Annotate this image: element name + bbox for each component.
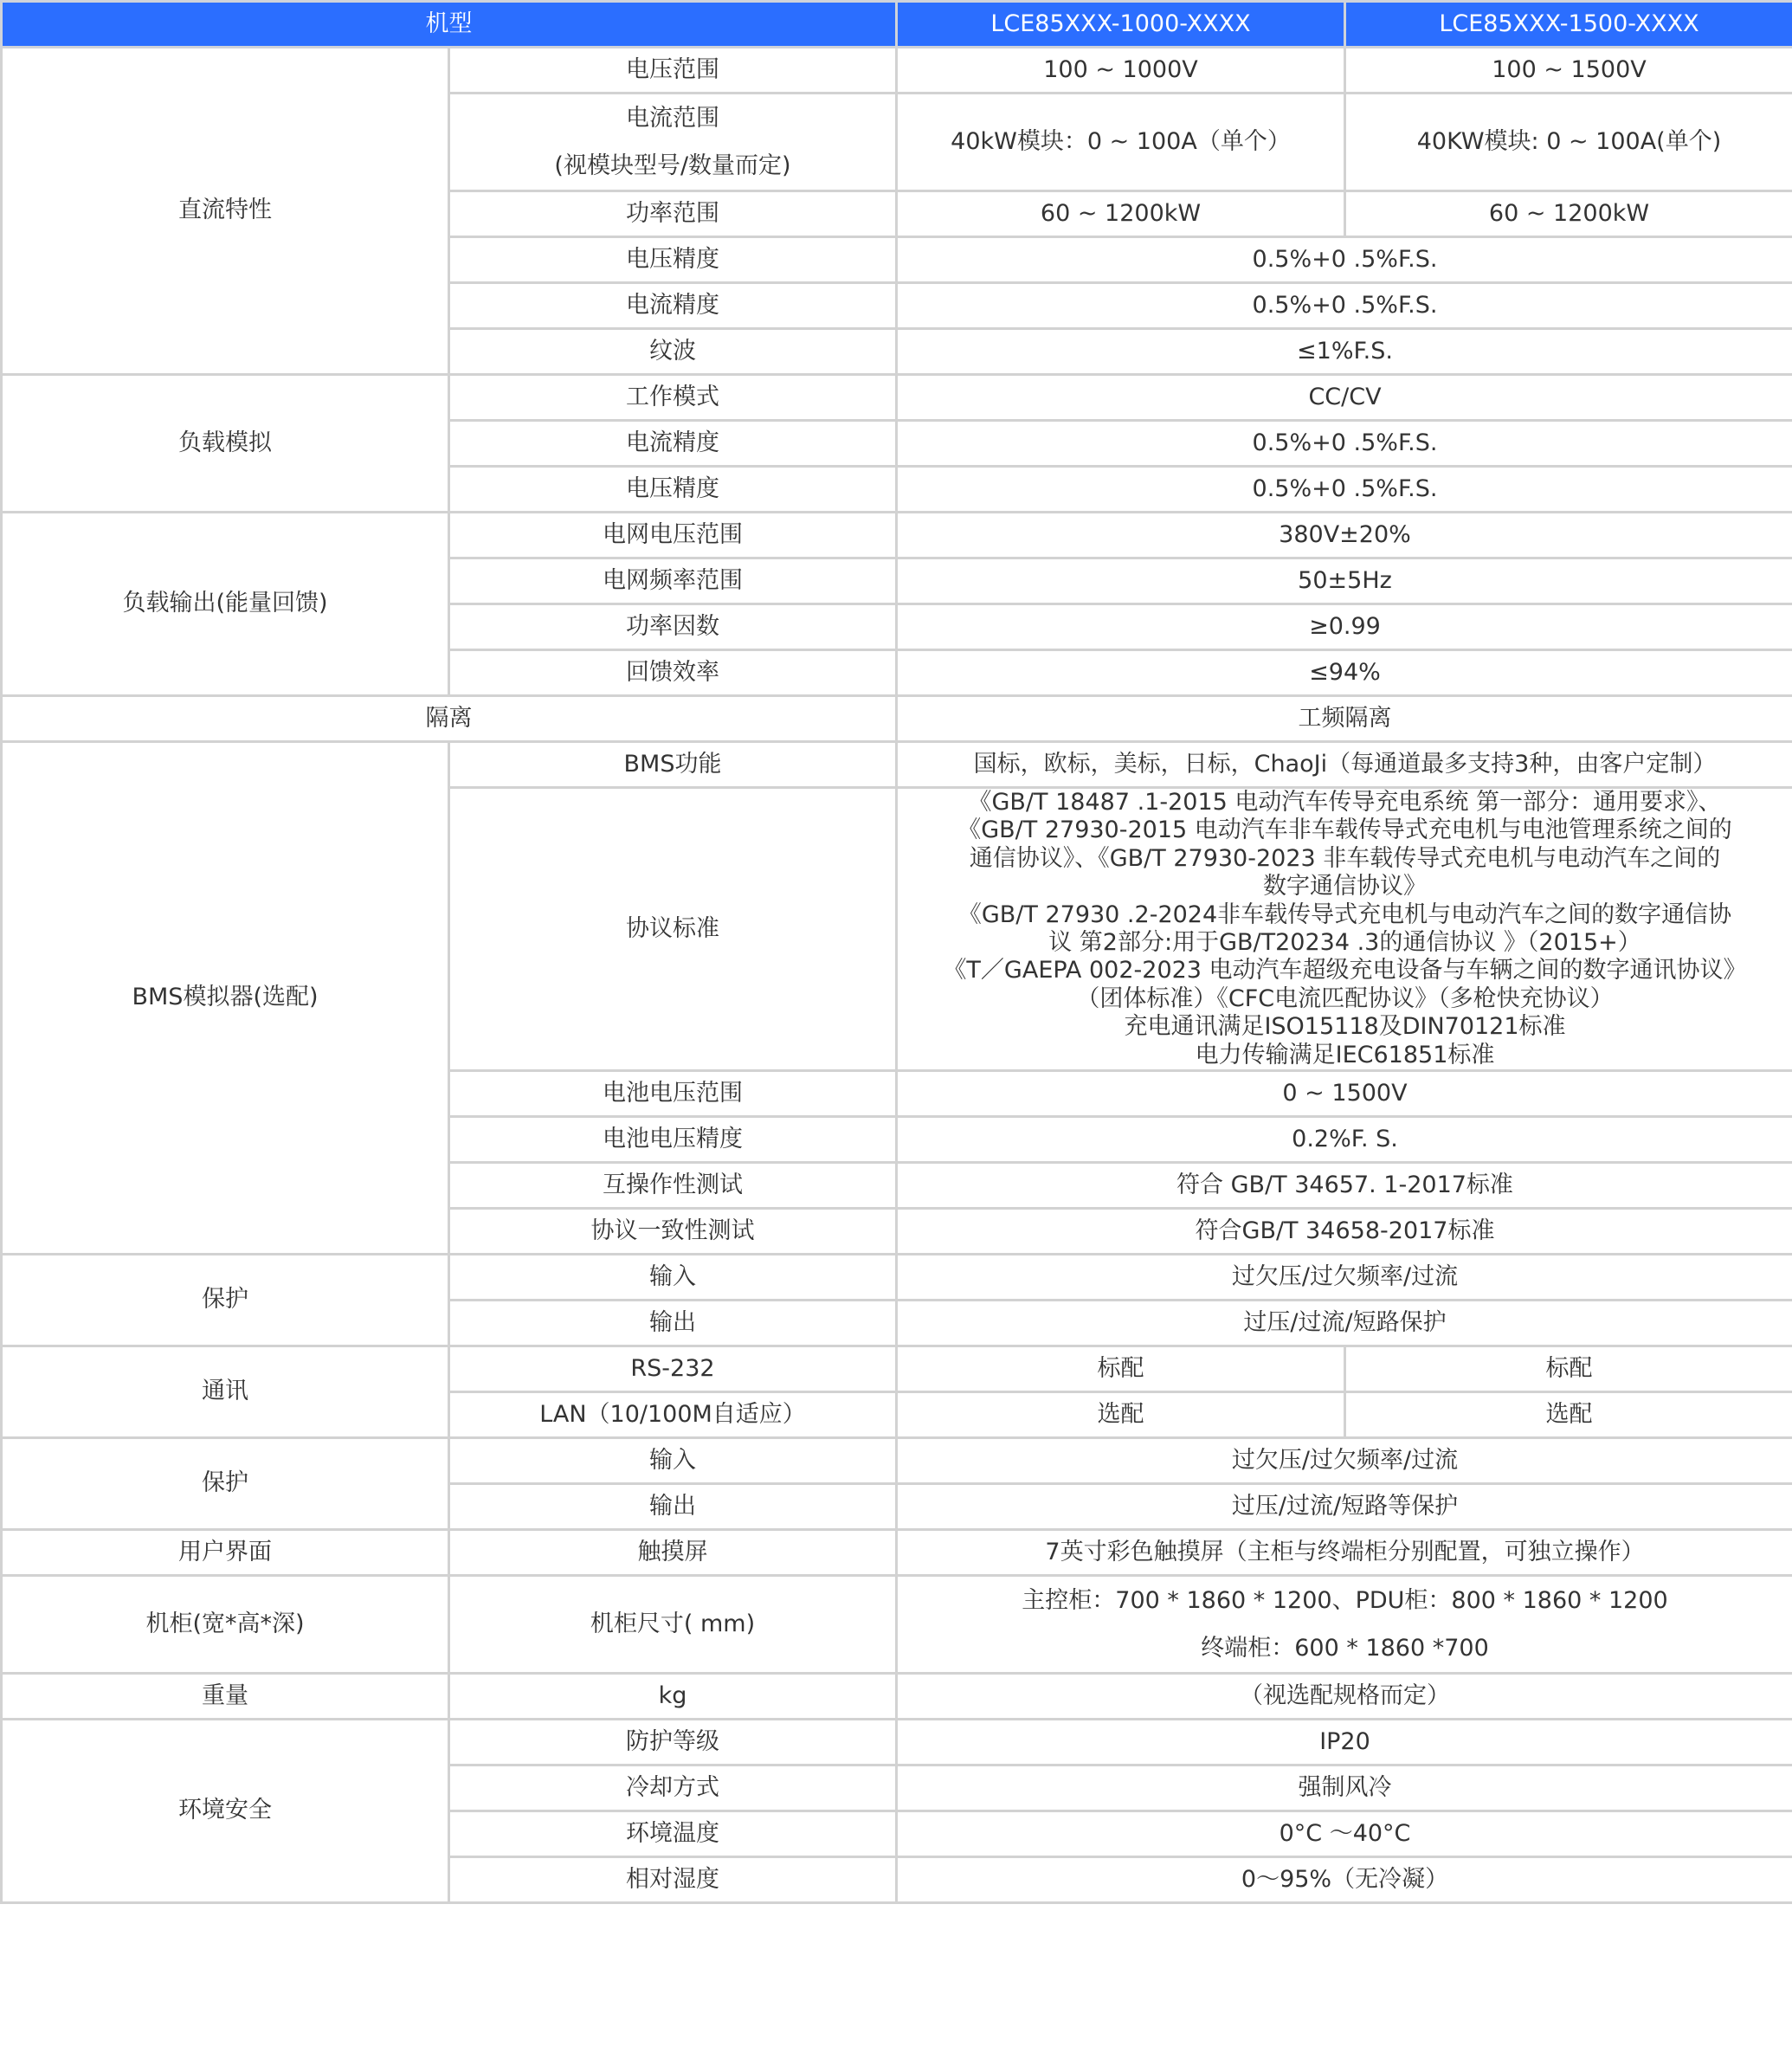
group-load-output: 负载输出(能量回馈) <box>2 513 449 696</box>
row-label: 互操作性测试 <box>449 1162 897 1208</box>
protocol-line: 《GB/T 27930 .2-2024非车载传导式充电机与电动汽车之间的数字通信… <box>905 901 1785 929</box>
row-value: 60 ~ 1200kW <box>897 191 1345 237</box>
row-label: 机柜尺寸( mm) <box>449 1575 897 1673</box>
row-label: 电网电压范围 <box>449 513 897 558</box>
row-value: 0°C ～40°C <box>897 1811 1792 1856</box>
protocol-line: 电力传输满足IEC61851标准 <box>905 1042 1785 1069</box>
row-label: 电池电压范围 <box>449 1070 897 1116</box>
protocol-line: 通信协议》、《GB/T 27930-2023 非车载传导式充电机与电动汽车之间的 <box>905 845 1785 873</box>
row-value: 0.5%+0 .5%F.S. <box>897 421 1792 467</box>
group-protection: 保护 <box>2 1254 449 1346</box>
group-weight: 重量 <box>2 1673 449 1719</box>
row-value: 100 ~ 1000V <box>897 48 1345 94</box>
row-label: 输入 <box>449 1437 897 1483</box>
group-protection: 保护 <box>2 1437 449 1529</box>
row-value: 0 ~ 1500V <box>897 1070 1792 1116</box>
row-value: 0～95%（无冷凝） <box>897 1856 1792 1902</box>
row-label: BMS功能 <box>449 742 897 788</box>
group-load-sim: 负载模拟 <box>2 375 449 513</box>
row-label: 输入 <box>449 1254 897 1300</box>
row-value: 过压/过流/短路等保护 <box>897 1483 1792 1529</box>
row-value: 100 ~ 1500V <box>1345 48 1792 94</box>
protocol-line: 《GB/T 27930-2015 电动汽车非车载传导式充电机与电池管理系统之间的 <box>905 817 1785 844</box>
row-label: 功率范围 <box>449 191 897 237</box>
row-value: 标配 <box>897 1346 1345 1391</box>
row-label: 协议标准 <box>449 788 897 1071</box>
row-value: 380V±20% <box>897 513 1792 558</box>
row-value: 过欠压/过欠频率/过流 <box>897 1437 1792 1483</box>
row-value: 标配 <box>1345 1346 1792 1391</box>
row-value: 过欠压/过欠频率/过流 <box>897 1254 1792 1300</box>
row-label: 电流精度 <box>449 421 897 467</box>
spec-table: 机型 LCE85XXX-1000-XXXX LCE85XXX-1500-XXXX… <box>0 0 1792 1904</box>
row-value: 国标，欧标，美标，日标，ChaoJi（每通道最多支持3种，由客户定制） <box>897 742 1792 788</box>
row-label: 相对湿度 <box>449 1856 897 1902</box>
label-line: (视模块型号/数量而定) <box>457 142 888 190</box>
row-value: 选配 <box>897 1391 1345 1437</box>
table-row: 用户界面 触摸屏 7英寸彩色触摸屏（主柜与终端柜分别配置，可独立操作） <box>2 1529 1792 1575</box>
group-cabinet: 机柜(宽*高*深) <box>2 1575 449 1673</box>
group-ui: 用户界面 <box>2 1529 449 1575</box>
table-row: 保护 输入 过欠压/过欠频率/过流 <box>2 1254 1792 1300</box>
row-label: LAN（10/100M自适应） <box>449 1391 897 1437</box>
row-label: 电压精度 <box>449 237 897 283</box>
row-value: 符合GB/T 34658-2017标准 <box>897 1208 1792 1254</box>
protocol-list: 《GB/T 18487 .1-2015 电动汽车传导充电系统 第一部分：通用要求… <box>897 788 1792 1071</box>
row-value: 40kW模块：0 ~ 100A（单个） <box>897 94 1345 191</box>
row-label: 输出 <box>449 1300 897 1346</box>
row-label: RS-232 <box>449 1346 897 1391</box>
row-value: 0.5%+0 .5%F.S. <box>897 467 1792 513</box>
table-row: 负载输出(能量回馈) 电网电压范围 380V±20% <box>2 513 1792 558</box>
row-value: 符合 GB/T 34657. 1-2017标准 <box>897 1162 1792 1208</box>
protocol-line: 议 第2部分:用于GB/T20234 .3的通信协议 》（2015+） <box>905 929 1785 957</box>
table-row: 通讯 RS-232 标配 标配 <box>2 1346 1792 1391</box>
protocol-line: 《T／GAEPA 002-2023 电动汽车超级充电设备与车辆之间的数字通讯协议… <box>905 957 1785 984</box>
row-label: 电流范围 (视模块型号/数量而定) <box>449 94 897 191</box>
row-value: ≤94% <box>897 650 1792 696</box>
row-value: 主控柜：700 * 1860 * 1200、PDU柜：800 * 1860 * … <box>897 1575 1792 1673</box>
row-value: 0.2%F. S. <box>897 1116 1792 1162</box>
row-label: 电网频率范围 <box>449 558 897 604</box>
row-label: 电压精度 <box>449 467 897 513</box>
row-label: 电流精度 <box>449 283 897 329</box>
row-label: 电池电压精度 <box>449 1116 897 1162</box>
row-label: 工作模式 <box>449 375 897 421</box>
row-label: 回馈效率 <box>449 650 897 696</box>
row-value: CC/CV <box>897 375 1792 421</box>
table-row: 直流特性 电压范围 100 ~ 1000V 100 ~ 1500V <box>2 48 1792 94</box>
group-bms: BMS模拟器(选配) <box>2 742 449 1255</box>
row-label: 协议一致性测试 <box>449 1208 897 1254</box>
protocol-line: （团体标准）《CFC电流匹配协议》（多枪快充协议） <box>905 985 1785 1013</box>
row-label: kg <box>449 1673 897 1719</box>
row-label: 环境温度 <box>449 1811 897 1856</box>
group-dc: 直流特性 <box>2 48 449 375</box>
row-label: 电压范围 <box>449 48 897 94</box>
table-row: 隔离 工频隔离 <box>2 696 1792 742</box>
row-value: 0.5%+0 .5%F.S. <box>897 283 1792 329</box>
group-comm: 通讯 <box>2 1346 449 1437</box>
row-label: 防护等级 <box>449 1719 897 1765</box>
row-label: 纹波 <box>449 329 897 375</box>
table-row: 负载模拟 工作模式 CC/CV <box>2 375 1792 421</box>
row-label: 冷却方式 <box>449 1765 897 1811</box>
row-value: 强制风冷 <box>897 1765 1792 1811</box>
row-value: 0.5%+0 .5%F.S. <box>897 237 1792 283</box>
row-value: 40KW模块: 0 ~ 100A(单个) <box>1345 94 1792 191</box>
row-value: 过压/过流/短路保护 <box>897 1300 1792 1346</box>
model-1500-header: LCE85XXX-1500-XXXX <box>1345 2 1792 48</box>
row-value: IP20 <box>897 1719 1792 1765</box>
group-env: 环境安全 <box>2 1719 449 1902</box>
row-label: 功率因数 <box>449 604 897 650</box>
row-value: 选配 <box>1345 1391 1792 1437</box>
table-row: 重量 kg （视选配规格而定） <box>2 1673 1792 1719</box>
row-value: （视选配规格而定） <box>897 1673 1792 1719</box>
table-row: 机柜(宽*高*深) 机柜尺寸( mm) 主控柜：700 * 1860 * 120… <box>2 1575 1792 1673</box>
label-line: 电流范围 <box>457 94 888 142</box>
model-header: 机型 <box>2 2 897 48</box>
protocol-line: 《GB/T 18487 .1-2015 电动汽车传导充电系统 第一部分：通用要求… <box>905 789 1785 817</box>
row-value: ≥0.99 <box>897 604 1792 650</box>
protocol-line: 数字通信协议》 <box>905 873 1785 900</box>
row-value: 7英寸彩色触摸屏（主柜与终端柜分别配置，可独立操作） <box>897 1529 1792 1575</box>
row-label: 输出 <box>449 1483 897 1529</box>
model-1000-header: LCE85XXX-1000-XXXX <box>897 2 1345 48</box>
row-value: ≤1%F.S. <box>897 329 1792 375</box>
row-label: 触摸屏 <box>449 1529 897 1575</box>
row-value: 60 ~ 1200kW <box>1345 191 1792 237</box>
cabinet-line: 终端柜：600 * 1860 *700 <box>905 1624 1785 1672</box>
protocol-line: 充电通讯满足ISO15118及DIN70121标准 <box>905 1013 1785 1041</box>
isolation-label: 隔离 <box>2 696 897 742</box>
isolation-value: 工频隔离 <box>897 696 1792 742</box>
row-value: 50±5Hz <box>897 558 1792 604</box>
table-row: 环境安全 防护等级 IP20 <box>2 1719 1792 1765</box>
cabinet-line: 主控柜：700 * 1860 * 1200、PDU柜：800 * 1860 * … <box>905 1577 1785 1624</box>
table-row: 保护 输入 过欠压/过欠频率/过流 <box>2 1437 1792 1483</box>
header-row: 机型 LCE85XXX-1000-XXXX LCE85XXX-1500-XXXX <box>2 2 1792 48</box>
table-row: BMS模拟器(选配) BMS功能 国标，欧标，美标，日标，ChaoJi（每通道最… <box>2 742 1792 788</box>
